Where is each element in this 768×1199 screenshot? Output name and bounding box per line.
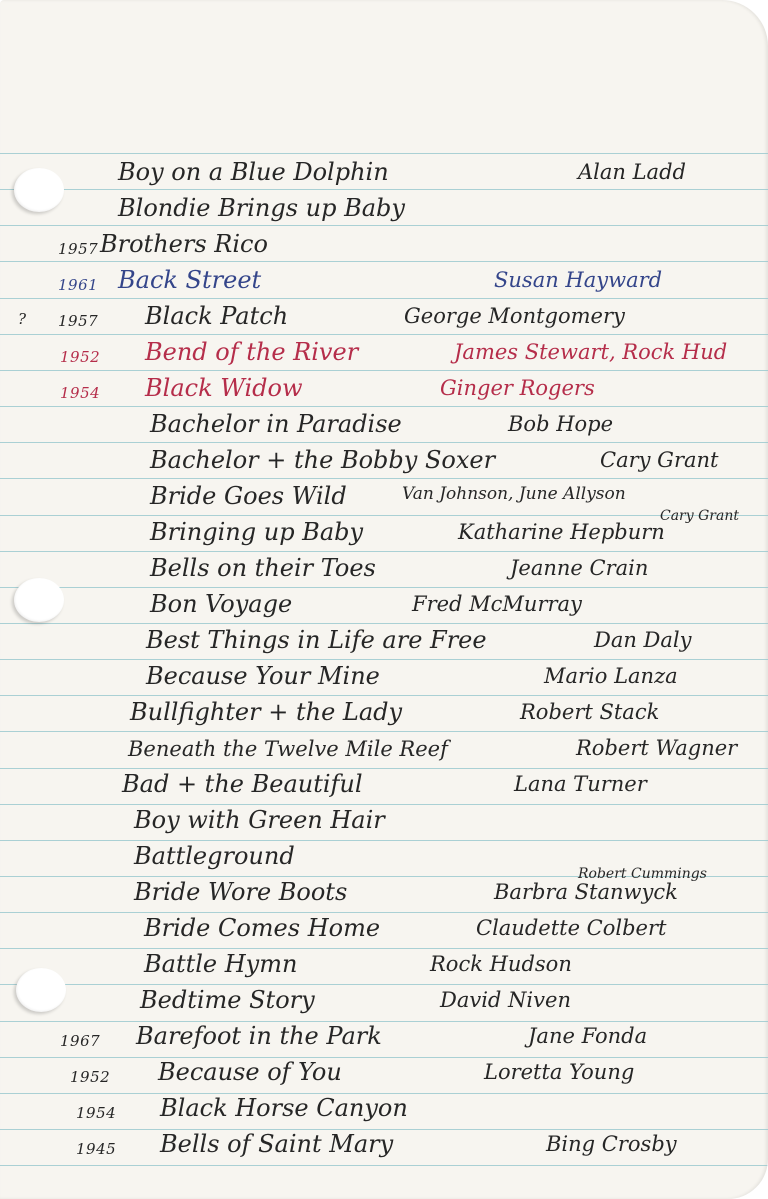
movie-year: 1961 — [58, 276, 98, 294]
list-item: 1957 Brothers Rico — [0, 226, 768, 262]
movie-actor: Dan Daly — [594, 628, 692, 652]
movie-title: Black Widow — [145, 374, 303, 402]
list-item: 1954 Black Widow Ginger Rogers — [0, 370, 768, 406]
list-item: Boy on a Blue Dolphin Alan Ladd — [0, 154, 768, 190]
movie-actor: Loretta Young — [484, 1060, 634, 1084]
movie-title: Brothers Rico — [100, 230, 268, 258]
movie-actor: Van Johnson, June Allyson — [402, 484, 626, 504]
movie-year: 1952 — [60, 348, 100, 366]
movie-title: Boy on a Blue Dolphin — [118, 158, 389, 186]
list-item: Battle Hymn Rock Hudson — [0, 946, 768, 982]
movie-title: Best Things in Life are Free — [146, 626, 487, 654]
list-item: Bride Goes Wild Van Johnson, June Allyso… — [0, 478, 768, 514]
movie-actor: Jane Fonda — [528, 1024, 647, 1048]
movie-actor: James Stewart, Rock Hud — [454, 340, 727, 364]
movie-actor: Cary Grant — [600, 448, 718, 472]
movie-title: Bells of Saint Mary — [160, 1130, 393, 1158]
movie-title: Bend of the River — [145, 338, 358, 366]
movie-actor: Katharine Hepburn — [458, 520, 665, 544]
list-item: Bride Comes Home Claudette Colbert — [0, 910, 768, 946]
movie-actor: Bing Crosby — [546, 1132, 677, 1156]
list-item: ? 1957 Black Patch George Montgomery — [0, 298, 768, 334]
movie-title: Bad + the Beautiful — [122, 770, 363, 798]
list-item: Bringing up Baby Katharine Hepburn Cary … — [0, 514, 768, 550]
movie-actor: Barbra Stanwyck — [494, 880, 678, 904]
movie-title: Bachelor in Paradise — [150, 410, 402, 438]
movie-actor-extra: Robert Cummings — [578, 866, 707, 882]
movie-actor: David Niven — [440, 988, 571, 1012]
list-item: Because Your Mine Mario Lanza — [0, 658, 768, 694]
movie-actor: Rock Hudson — [430, 952, 572, 976]
movie-actor: Robert Wagner — [576, 736, 737, 760]
movie-actor-extra: Cary Grant — [660, 508, 739, 524]
movie-actor: Mario Lanza — [544, 664, 678, 688]
movie-title: Because of You — [158, 1058, 342, 1086]
movie-title: Bon Voyage — [150, 590, 292, 618]
movie-title: Battle Hymn — [144, 950, 297, 978]
movie-title: Black Patch — [145, 302, 288, 330]
movie-title: Battleground — [134, 842, 295, 870]
movie-year: 1957 — [58, 240, 98, 258]
movie-actor: Susan Hayward — [494, 268, 662, 292]
movie-title: Bullfighter + the Lady — [130, 698, 402, 726]
movie-year: 1952 — [70, 1068, 110, 1086]
list-item: 1945 Bells of Saint Mary Bing Crosby — [0, 1126, 768, 1162]
movie-title: Boy with Green Hair — [134, 806, 385, 834]
list-item: 1967 Barefoot in the Park Jane Fonda — [0, 1018, 768, 1054]
movie-actor: Alan Ladd — [578, 160, 686, 184]
movie-title: Bachelor + the Bobby Soxer — [150, 446, 495, 474]
movie-actor: Ginger Rogers — [440, 376, 595, 400]
rule-line — [0, 1165, 768, 1166]
list-item: Bachelor in Paradise Bob Hope — [0, 406, 768, 442]
movie-title: Because Your Mine — [146, 662, 380, 690]
movie-title: Blondie Brings up Baby — [118, 194, 405, 222]
list-item: Bride Wore Boots Barbra Stanwyck Robert … — [0, 874, 768, 910]
movie-title: Back Street — [118, 266, 261, 294]
list-item: Boy with Green Hair — [0, 802, 768, 838]
list-item: 1961 Back Street Susan Hayward — [0, 262, 768, 298]
list-item: Bachelor + the Bobby Soxer Cary Grant — [0, 442, 768, 478]
list-item: 1954 Black Horse Canyon — [0, 1090, 768, 1126]
list-item: Bells on their Toes Jeanne Crain — [0, 550, 768, 586]
list-item: Best Things in Life are Free Dan Daly — [0, 622, 768, 658]
list-item: Bedtime Story David Niven — [0, 982, 768, 1018]
list-item: Bullfighter + the Lady Robert Stack — [0, 694, 768, 730]
movie-actor: Jeanne Crain — [510, 556, 648, 580]
movie-actor: Bob Hope — [508, 412, 613, 436]
list-item: Beneath the Twelve Mile Reef Robert Wagn… — [0, 730, 768, 766]
movie-title: Bringing up Baby — [150, 518, 363, 546]
movie-year: 1957 — [58, 312, 98, 330]
movie-title: Beneath the Twelve Mile Reef — [128, 737, 448, 761]
list-item: 1952 Bend of the River James Stewart, Ro… — [0, 334, 768, 370]
movie-title: Bells on their Toes — [150, 554, 376, 582]
movie-year: 1967 — [60, 1032, 100, 1050]
list-item: Bad + the Beautiful Lana Turner — [0, 766, 768, 802]
movie-year: 1954 — [60, 384, 100, 402]
movie-title: Bride Wore Boots — [134, 878, 347, 906]
movie-title: Black Horse Canyon — [160, 1094, 408, 1122]
movie-title: Bride Comes Home — [144, 914, 380, 942]
movie-title: Barefoot in the Park — [136, 1022, 382, 1050]
list-item: Blondie Brings up Baby — [0, 190, 768, 226]
list-item: Bon Voyage Fred McMurray — [0, 586, 768, 622]
movie-actor: Fred McMurray — [412, 592, 582, 616]
movie-year: 1945 — [76, 1140, 116, 1158]
movie-title: Bride Goes Wild — [150, 482, 347, 510]
list-item: 1952 Because of You Loretta Young — [0, 1054, 768, 1090]
movie-actor: Claudette Colbert — [476, 916, 666, 940]
movie-actor: George Montgomery — [404, 304, 625, 328]
question-mark-note: ? — [18, 310, 26, 328]
movie-actor: Lana Turner — [514, 772, 647, 796]
movie-title: Bedtime Story — [140, 986, 315, 1014]
notebook-page: Boy on a Blue Dolphin Alan Ladd Blondie … — [0, 0, 768, 1199]
movie-year: 1954 — [76, 1104, 116, 1122]
movie-actor: Robert Stack — [520, 700, 659, 724]
